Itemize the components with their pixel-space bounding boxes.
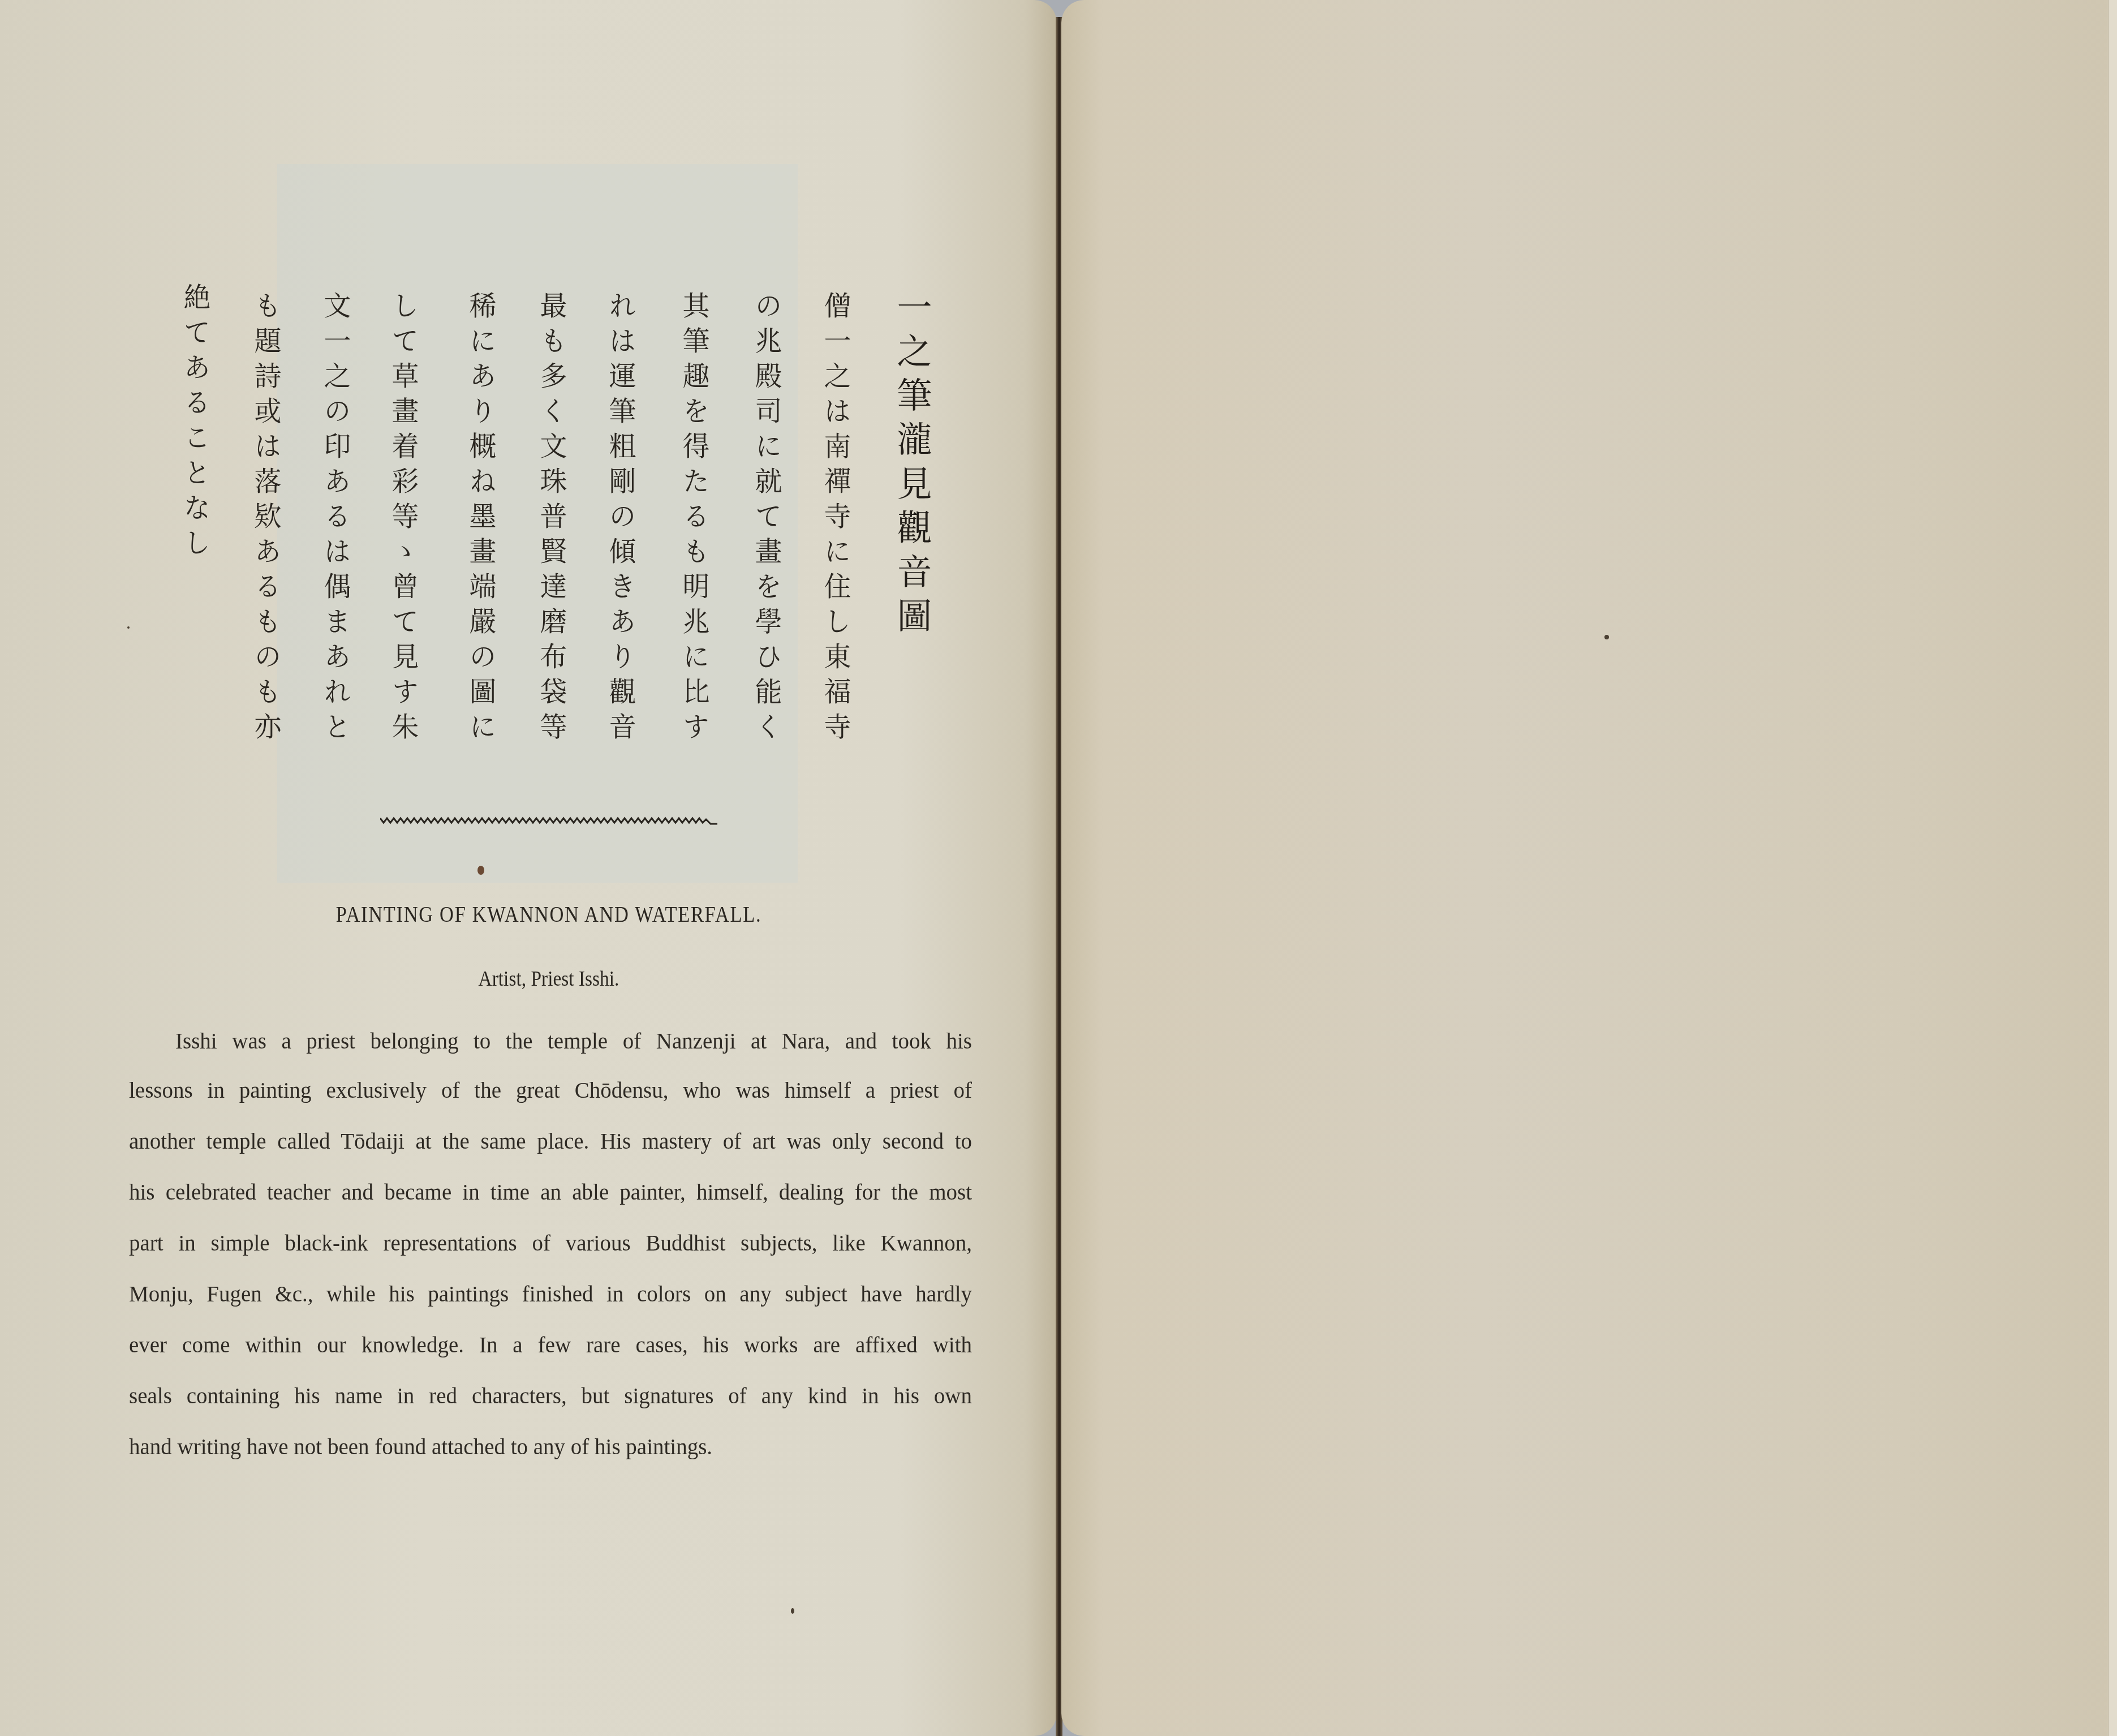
japanese-title: 一之筆瀧見觀音圖 [894,289,929,642]
japanese-column-10: 絶てあることなし [181,283,208,564]
paragraph-line-2: lessons in painting exclusively of the g… [129,1078,972,1103]
paper-speck [1604,635,1609,639]
paragraph-line-5: part in simple black-ink representations… [129,1231,972,1256]
japanese-column-3: 其筆趣を得たるも明兆に比す [680,291,707,747]
artist-line: Artist, Priest Isshi. [275,966,823,991]
japanese-column-9: も題詩或は落欵あるものも亦 [252,291,279,747]
paragraph-line-3: another temple called Tōdaiji at the sam… [129,1129,972,1154]
left-page: 一之筆瀧見觀音圖 僧一之は南禪寺に住し東福寺 の兆殿司に就て畫を學ひ能く 其筆趣… [0,0,1057,1736]
paragraph-line-4: his celebrated teacher and became in tim… [129,1180,972,1205]
japanese-column-4: れは運筆粗剛の傾きあり觀音 [606,291,634,747]
paragraph-line-9: hand writing have not been found attache… [129,1434,808,1460]
japanese-column-5: 最も多く文珠普賢達磨布袋等 [537,291,565,747]
paper-speck [127,626,130,629]
japanese-column-8: 文一之の印あるは偶まあれと [321,291,348,747]
japanese-column-2: の兆殿司に就て畫を學ひ能く [752,291,780,747]
japanese-column-6: 稀にあり概ね墨畫端嚴の圖に [467,291,494,747]
english-heading: PAINTING OF KWANNON AND WATERFALL. [281,901,816,927]
paragraph-line-8: seals containing his name in red charact… [129,1383,972,1409]
page-edge [2108,0,2117,1736]
paragraph-line-6: Monju, Fugen &c., while his paintings fi… [129,1282,972,1307]
wavy-divider [380,815,720,828]
right-page [1061,0,2115,1736]
japanese-column-7: して草畫着彩等ゝ曾て見す朱 [389,291,416,747]
paragraph-line-7: ever come within our knowledge. In a few… [129,1333,972,1358]
paper-speck [791,1608,794,1614]
foxing-spot [477,866,484,875]
japanese-column-1: 僧一之は南禪寺に住し東福寺 [821,291,849,747]
paragraph-line-1: Isshi was a priest belonging to the temp… [175,1029,972,1054]
